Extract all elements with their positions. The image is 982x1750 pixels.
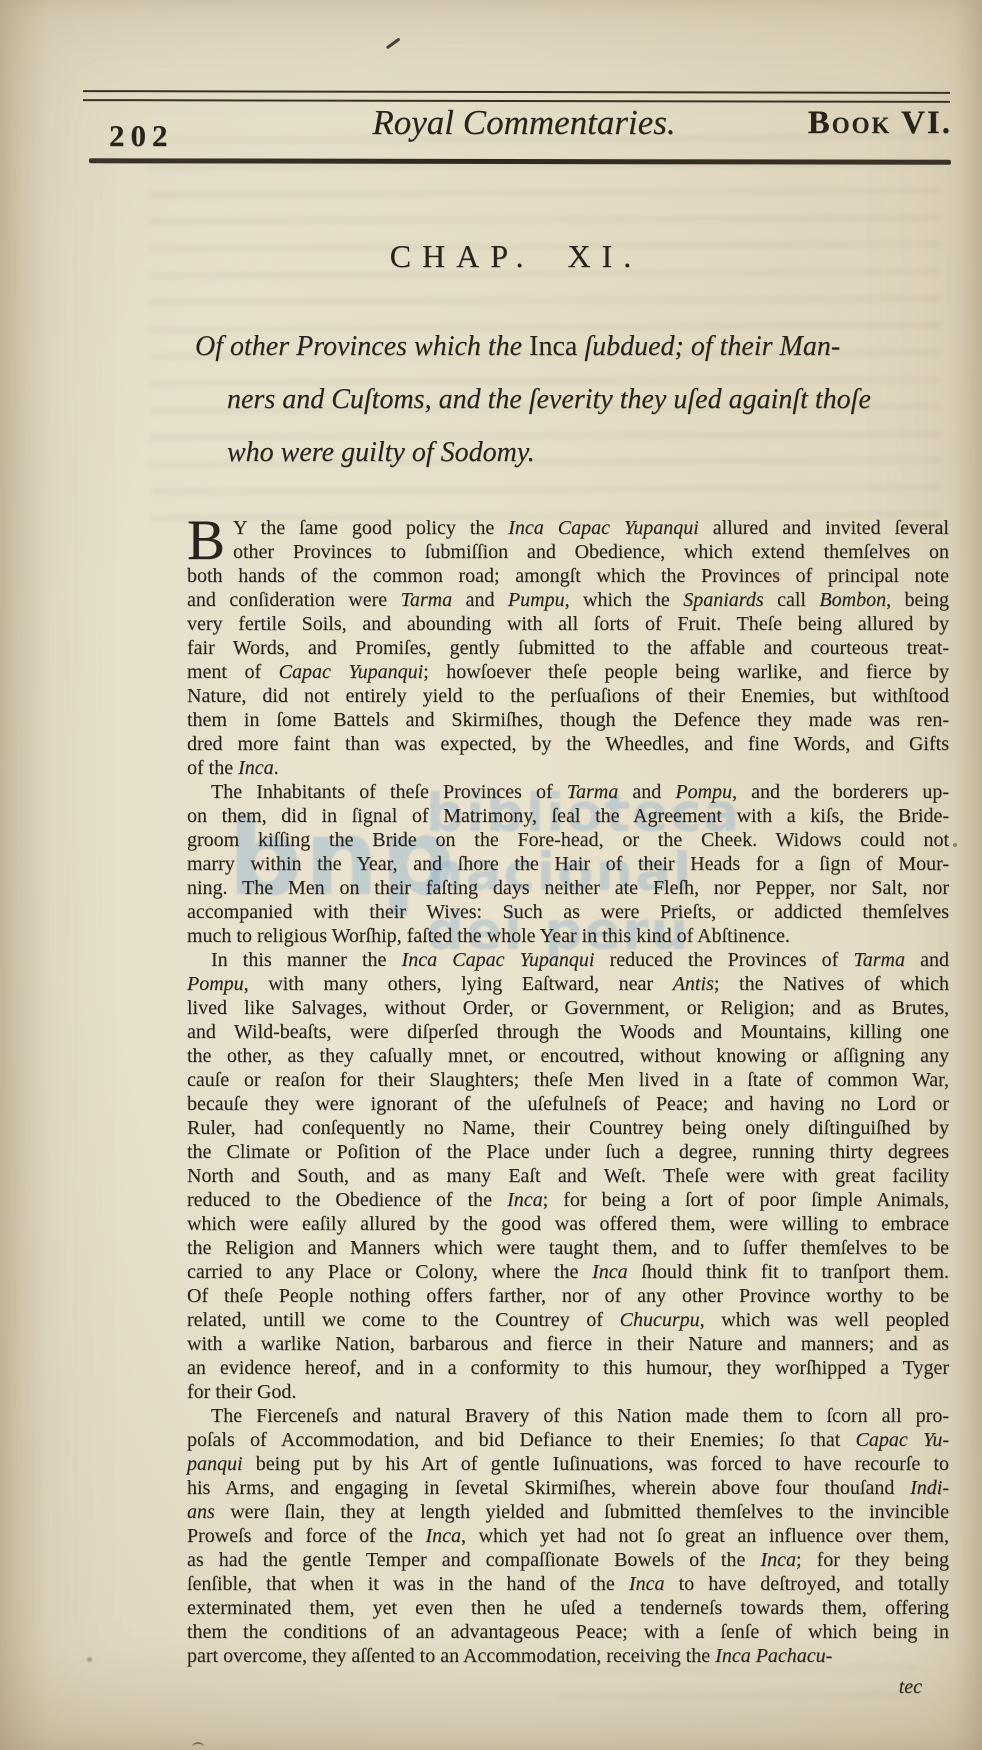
body-line: ans were ſlain, they at length yielded a… <box>187 1500 949 1524</box>
paragraph: BY the ſame good policy the Inca Capac Y… <box>187 516 949 780</box>
pen-mark <box>386 38 400 49</box>
body-line: and conſideration were Tarma and Pumpu, … <box>187 588 949 612</box>
chapter-heading: CHAP. XI. <box>0 238 982 275</box>
paragraph: In this manner the Inca Capac Yupanqui r… <box>187 948 949 1404</box>
subtitle-line: ners and Cuſtoms, and the ſeverity they … <box>195 373 871 426</box>
body-line: and Wild-beaſts, were diſperſed through … <box>187 1020 949 1044</box>
body-line: fair Words, and Promiſes, gently ſubmitt… <box>187 636 949 660</box>
body-line: Proweſs and force of the Inca, which yet… <box>187 1524 949 1548</box>
body-line: an evidence hereof, and in a conformity … <box>187 1356 949 1380</box>
body-line: which were eaſily allured by the good wa… <box>187 1212 949 1236</box>
body-line: them the conditions of an advantageous P… <box>187 1620 949 1644</box>
body-line: related, untill we come to the Countrey … <box>187 1308 949 1332</box>
chapter-subtitle: Of other Provinces which the Inca ſubdue… <box>195 320 871 479</box>
body-line: dred more faint than was expected, by th… <box>187 732 949 756</box>
body-line: panqui being put by his Art of gentle Iu… <box>187 1452 949 1476</box>
ink-speck <box>192 1742 204 1750</box>
header-rule-bottom <box>89 158 951 164</box>
body-line: Ruler, had conſequently no Name, their C… <box>187 1116 949 1140</box>
paragraph: The Inhabitants of theſe Provinces of Ta… <box>187 780 949 948</box>
body-line: them in ſome Battels and Skirmiſhes, tho… <box>187 708 949 732</box>
ink-speck <box>86 1656 93 1663</box>
body-line: the other, as they caſually mnet, or enc… <box>187 1044 949 1068</box>
body-line: The Inhabitants of theſe Provinces of Ta… <box>187 780 949 804</box>
body-line: Nature, did not entirely yield to the pe… <box>187 684 949 708</box>
body-line: poſals of Accommodation, and bid Defianc… <box>187 1428 949 1452</box>
body-line: both hands of the common road; amongſt w… <box>187 564 949 588</box>
body-line: lived like Salvages, without Order, or G… <box>187 996 949 1020</box>
body-line: for their God. <box>187 1380 949 1404</box>
body-line: as had the gentle Temper and compaſſiona… <box>187 1548 949 1572</box>
subtitle-line: Of other Provinces which the Inca ſubdue… <box>195 320 871 373</box>
body-line: becauſe they were ignorant of the uſeful… <box>187 1092 949 1116</box>
header-rule-top <box>83 90 950 103</box>
body-line: much to religious Worſhip, faſted the wh… <box>187 924 949 948</box>
drop-cap: B <box>187 517 225 565</box>
body-line: In this manner the Inca Capac Yupanqui r… <box>187 948 949 972</box>
body-line: his Arms, and engaging in ſevetal Skirmi… <box>187 1476 949 1500</box>
body-line: accompanied with their Wives: Such as we… <box>187 900 949 924</box>
body-line: ment of Capac Yupanqui; howſoever theſe … <box>187 660 949 684</box>
body-line: other Provinces to ſubmiſſion and Obedie… <box>187 540 949 564</box>
body-line: groom kiſſing the Bride on the Fore-head… <box>187 828 949 852</box>
body-line: ning. The Men on their faſting days neit… <box>187 876 949 900</box>
body-text: BY the ſame good policy the Inca Capac Y… <box>187 516 949 1668</box>
body-line: very fertile Soils, and abounding with a… <box>187 612 949 636</box>
body-line: the Religion and Manners which were taug… <box>187 1236 949 1260</box>
catchword: tec <box>899 1676 922 1699</box>
body-line: cauſe or reaſon for their Slaughters; th… <box>187 1068 949 1092</box>
body-line: Pompu, with many others, lying Eaſtward,… <box>187 972 949 996</box>
paragraph: The Fierceneſs and natural Bravery of th… <box>187 1404 949 1668</box>
body-line: North and South, and as many Eaſt and We… <box>187 1164 949 1188</box>
body-line: ſenſible, that when it was in the hand o… <box>187 1572 949 1596</box>
ink-speck <box>953 843 957 847</box>
bleedthrough-texture <box>560 1664 920 1721</box>
book-page: bnp biblioteca nacional del perú 202 Roy… <box>0 0 982 1750</box>
book-label: Book VI. <box>808 105 952 142</box>
body-line: carried to any Place or Colony, where th… <box>187 1260 949 1284</box>
body-line: Y the ſame good policy the Inca Capac Yu… <box>187 516 949 540</box>
subtitle-line: who were guilty of Sodomy. <box>195 426 871 479</box>
body-line: Of theſe People nothing offers farther, … <box>187 1284 949 1308</box>
body-line: with a warlike Nation, barbarous and fie… <box>187 1332 949 1356</box>
body-line: The Fierceneſs and natural Bravery of th… <box>187 1404 949 1428</box>
body-line: of the Inca. <box>187 756 949 780</box>
body-line: on them, did in ſignal of Matrimony, ſea… <box>187 804 949 828</box>
body-line: marry within the Year, and ſhore the Hai… <box>187 852 949 876</box>
body-line: the Climate or Poſition of the Place und… <box>187 1140 949 1164</box>
body-line: exterminated them, yet even then he uſed… <box>187 1596 949 1620</box>
body-line: part overcome, they aſſented to an Accom… <box>187 1644 949 1668</box>
body-line: reduced to the Obedience of the Inca; fo… <box>187 1188 949 1212</box>
